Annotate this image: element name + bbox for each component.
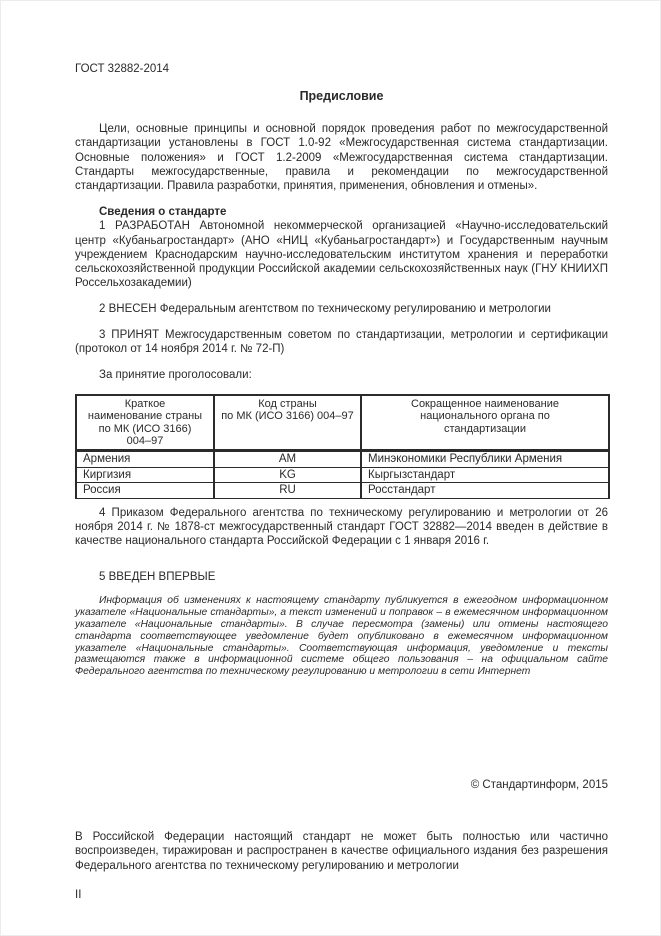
header-line: по МК (ИСО 3166) 004–97 bbox=[219, 410, 356, 422]
cell-body: Кыргызстандарт bbox=[361, 467, 609, 483]
header-line: национального органа по bbox=[366, 410, 604, 422]
cell-country: Армения bbox=[76, 451, 214, 468]
standard-info-heading: Сведения о стандарте bbox=[75, 205, 608, 219]
cell-code: RU bbox=[214, 483, 361, 499]
header-line: 004–97 bbox=[81, 435, 209, 447]
cell-code: AM bbox=[214, 451, 361, 468]
vote-table: Краткое наименование страны по МК (ИСО 3… bbox=[75, 394, 610, 499]
reproduction-restriction: В Российской Федерации настоящий стандар… bbox=[75, 830, 608, 873]
vote-table-header-country: Краткое наименование страны по МК (ИСО 3… bbox=[76, 395, 214, 451]
page-number: II bbox=[75, 888, 608, 902]
cell-country: Россия bbox=[76, 483, 214, 499]
table-row: Россия RU Росстандарт bbox=[76, 483, 609, 499]
page-title: Предисловие bbox=[75, 89, 608, 104]
amendments-note: Информация об изменениях к настоящему ст… bbox=[75, 595, 608, 678]
clause-5-first-introduced: 5 ВВЕДЕН ВПЕРВЫЕ bbox=[75, 570, 608, 584]
cell-body: Росстандарт bbox=[361, 483, 609, 499]
cell-country: Киргизия bbox=[76, 467, 214, 483]
copyright-line: © Стандартинформ, 2015 bbox=[75, 778, 608, 792]
vote-table-header-row: Краткое наименование страны по МК (ИСО 3… bbox=[76, 395, 609, 451]
clause-2-submitted: 2 ВНЕСЕН Федеральным агентством по техни… bbox=[75, 302, 608, 316]
vote-table-header-code: Код страны по МК (ИСО 3166) 004–97 bbox=[214, 395, 361, 451]
table-row: Киргизия KG Кыргызстандарт bbox=[76, 467, 609, 483]
vote-table-header: Краткое наименование страны по МК (ИСО 3… bbox=[76, 395, 609, 451]
header-line: Сокращенное наименование bbox=[366, 398, 604, 410]
header-line: стандартизации bbox=[366, 423, 604, 435]
vote-table-header-body: Сокращенное наименование национального о… bbox=[361, 395, 609, 451]
header-line: Краткое bbox=[81, 398, 209, 410]
header-line: по МК (ИСО 3166) bbox=[81, 423, 209, 435]
header-line: Код страны bbox=[219, 398, 356, 410]
table-row: Армения AM Минэкономики Республики Армен… bbox=[76, 451, 609, 468]
page-content: ГОСТ 32882-2014 Предисловие Цели, основн… bbox=[75, 0, 608, 902]
vote-caption: За принятие проголосовали: bbox=[75, 368, 608, 382]
vote-table-body: Армения AM Минэкономики Республики Армен… bbox=[76, 451, 609, 499]
cell-code: KG bbox=[214, 467, 361, 483]
document-page: ГОСТ 32882-2014 Предисловие Цели, основн… bbox=[0, 0, 661, 936]
clause-3-adopted: 3 ПРИНЯТ Межгосударственным советом по с… bbox=[75, 328, 608, 357]
clause-1-developed: 1 РАЗРАБОТАН Автономной некоммерческой о… bbox=[75, 219, 608, 290]
clause-4-order: 4 Приказом Федерального агентства по тех… bbox=[75, 506, 608, 549]
cell-body: Минэкономики Республики Армения bbox=[361, 451, 609, 468]
header-line: наименование страны bbox=[81, 410, 209, 422]
intro-paragraph: Цели, основные принципы и основной поряд… bbox=[75, 122, 608, 193]
doc-code: ГОСТ 32882-2014 bbox=[75, 62, 608, 76]
